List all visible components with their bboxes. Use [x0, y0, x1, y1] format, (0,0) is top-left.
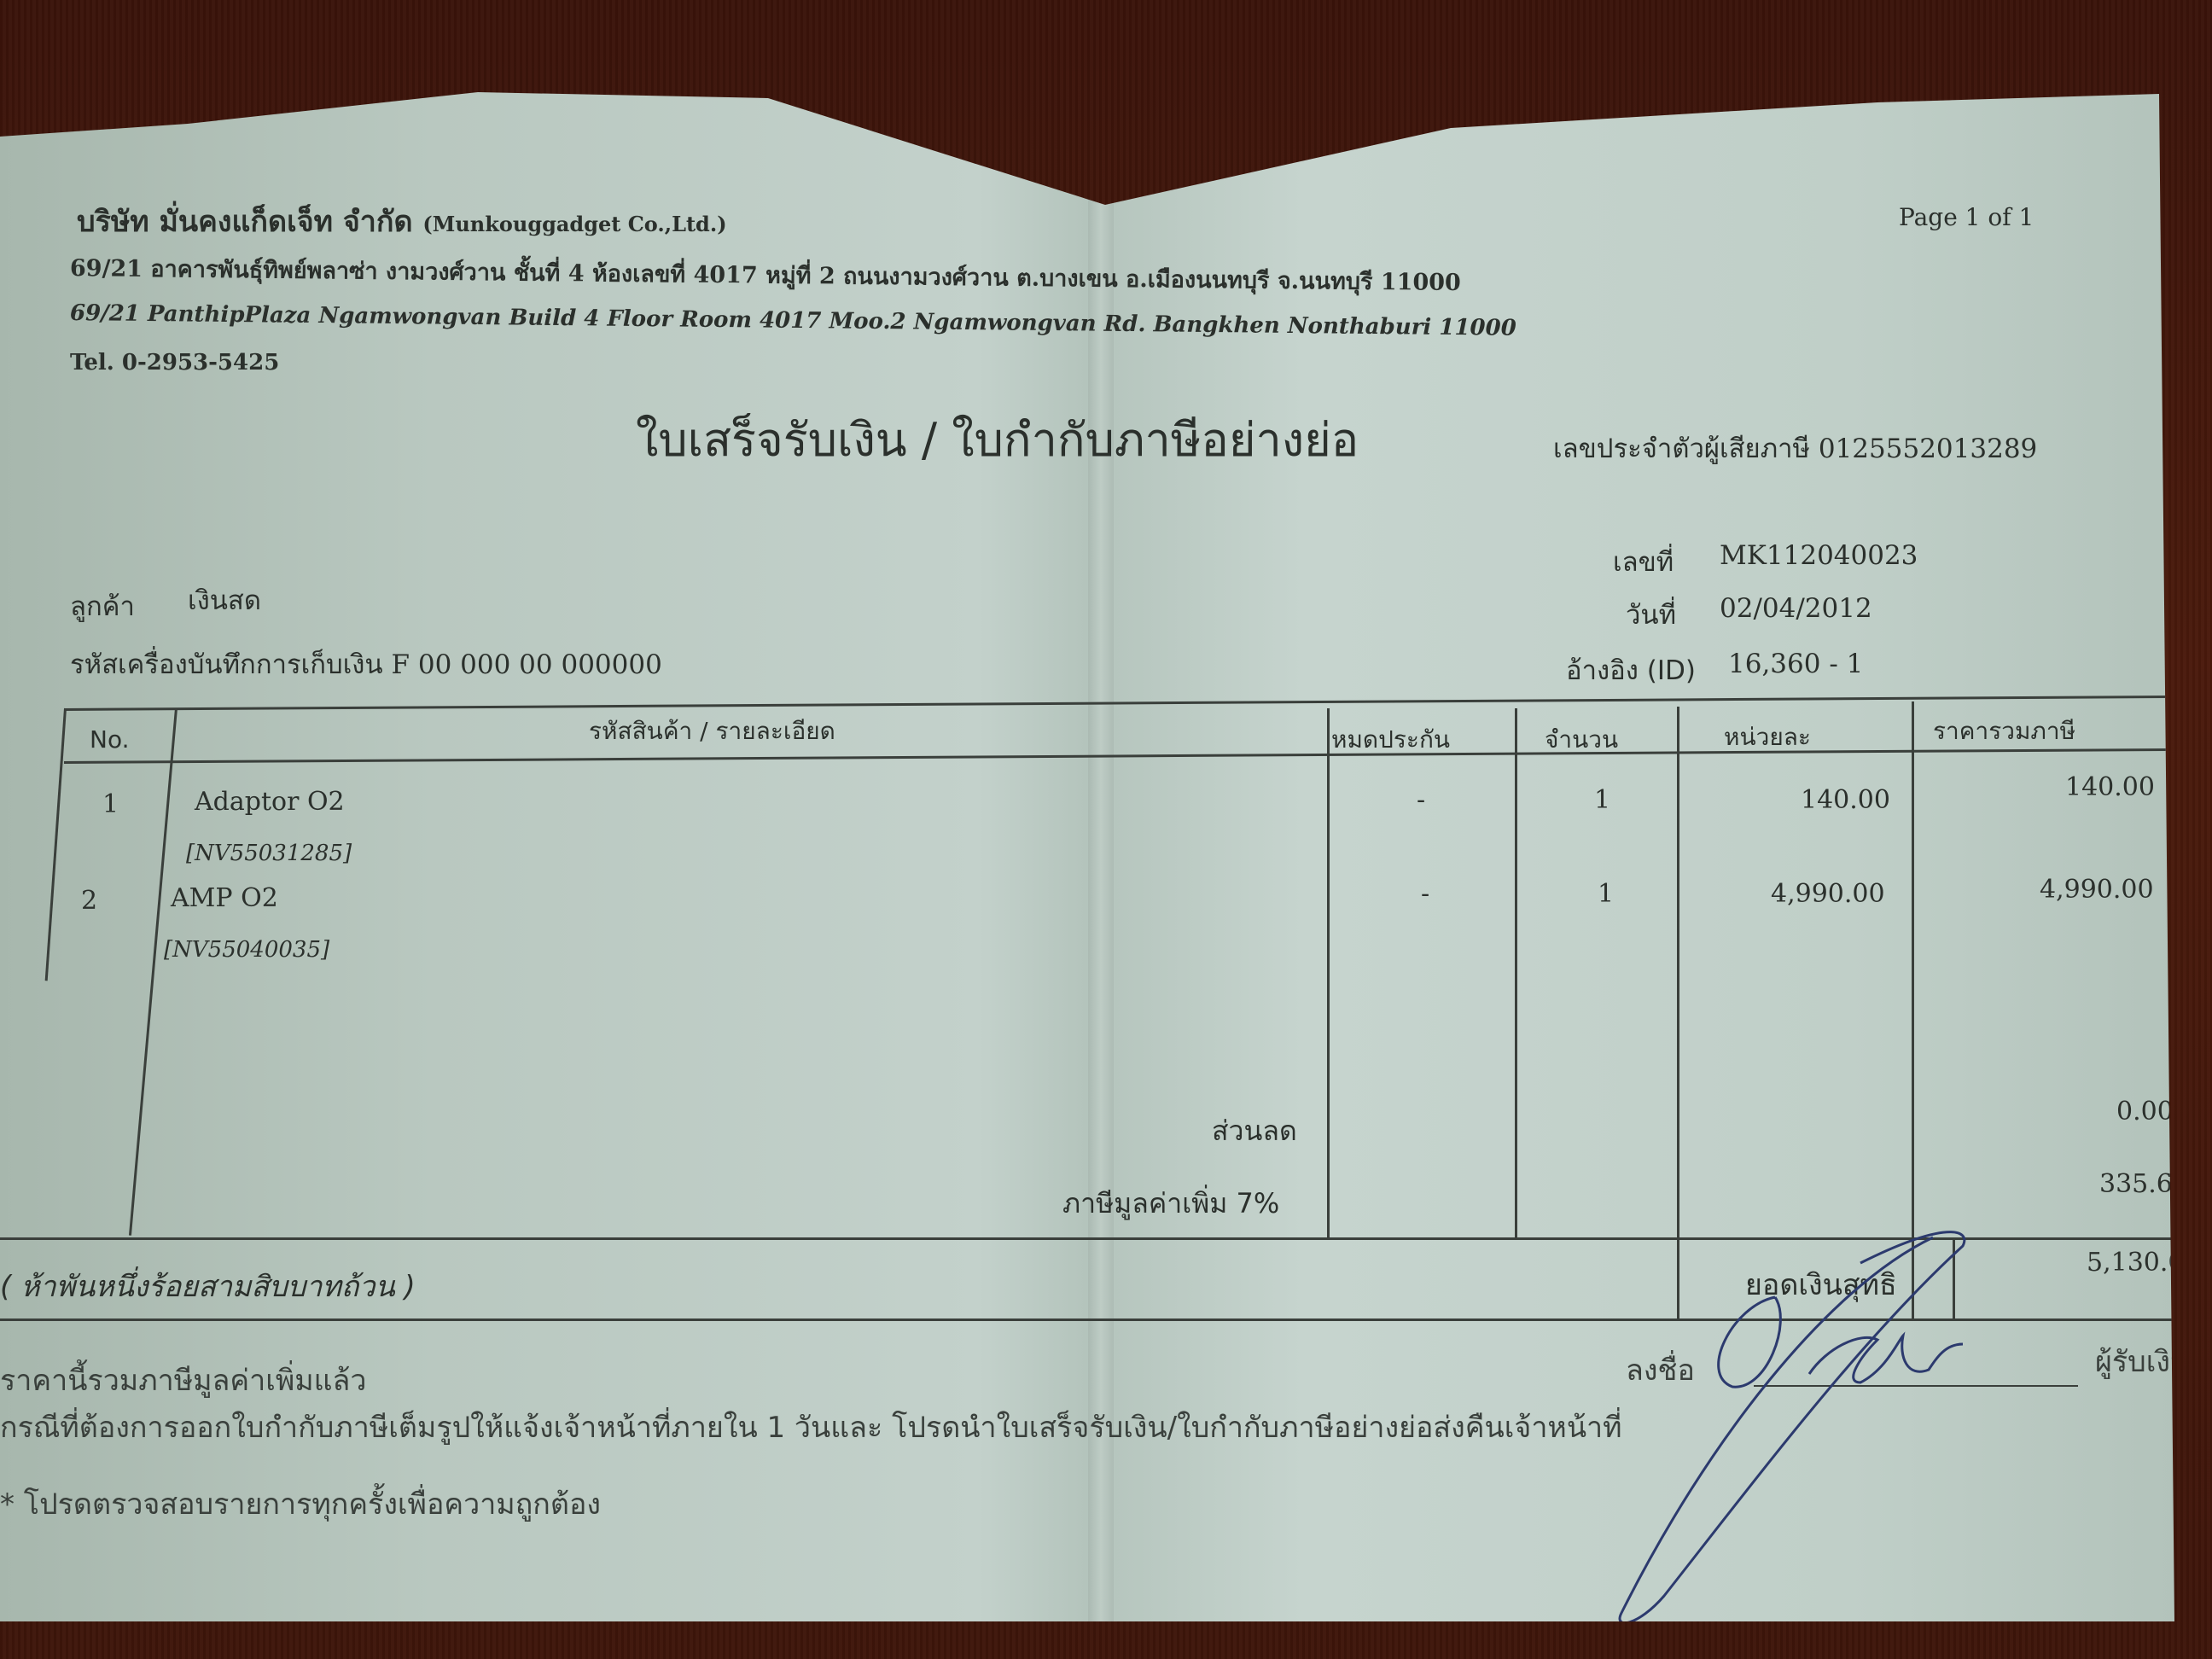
- receipt-paper: บริษัท มั่นคงแก็ดเจ็ท จำกัด (Munkouggadg…: [0, 85, 2174, 1621]
- row-unit-price: 140.00: [1801, 785, 1890, 815]
- table-header-border: [64, 748, 2168, 764]
- tax-id: เลขประจำตัวผู้เสียภาษี 0125552013289: [1553, 427, 2037, 469]
- row-code: [NV55040035]: [164, 937, 329, 963]
- customer-label: ลูกค้า: [70, 585, 135, 627]
- row-warranty: -: [1417, 785, 1425, 815]
- company-tel: Tel. 0-2953-5425: [70, 350, 279, 375]
- discount-label: ส่วนลด: [1212, 1109, 1297, 1153]
- amount-in-words: ( ห้าพันหนึ่งร้อยสามสิบบาทถ้วน ): [0, 1263, 416, 1309]
- table-top-border: [64, 696, 2168, 711]
- header-unit-price: หน่วยละ: [1724, 719, 1811, 756]
- vat-label: ภาษีมูลค่าเพิ่ม 7%: [1062, 1182, 1279, 1225]
- full-invoice-note: กรณีที่ต้องการออกใบกำกับภาษีเต็มรูปให้แจ…: [0, 1404, 1622, 1450]
- signature-scribble: [1604, 1186, 2082, 1630]
- discount-value: 0.00: [2116, 1097, 2174, 1126]
- header-qty: จำนวน: [1545, 721, 1618, 759]
- header-total: ราคารวมภาษี: [1933, 713, 2075, 750]
- company-name-th: บริษัท มั่นคงแก็ดเจ็ท จำกัด: [77, 205, 413, 239]
- row-no: 1: [102, 789, 119, 819]
- company-name-en: (Munkouggadget Co.,Ltd.): [422, 212, 726, 236]
- company-address-en: 69/21 PanthipPlaza Ngamwongvan Build 4 F…: [70, 300, 1516, 341]
- row-unit-price: 4,990.00: [1771, 879, 1885, 909]
- check-items-note: * โปรดตรวจสอบรายการทุกครั้งเพื่อความถูกต…: [0, 1481, 601, 1527]
- pos-id: รหัสเครื่องบันทึกการเก็บเงิน F 00 000 00…: [70, 643, 662, 685]
- tax-id-label: เลขประจำตัวผู้เสียภาษี: [1553, 434, 1810, 464]
- doc-number: MK112040023: [1720, 540, 1918, 571]
- doc-date: 02/04/2012: [1720, 593, 1872, 624]
- row-no: 2: [81, 886, 97, 916]
- row-name: Adaptor O2: [195, 787, 345, 817]
- header-warranty: หมดประกัน: [1331, 721, 1450, 759]
- vat-included-note: ราคานี้รวมภาษีมูลค่าเพิ่มแล้ว: [0, 1357, 366, 1403]
- customer-value: เงินสด: [188, 579, 261, 621]
- row-total: 4,990.00: [2040, 875, 2154, 905]
- row-code: [NV55031285]: [186, 841, 352, 866]
- company-name: บริษัท มั่นคงแก็ดเจ็ท จำกัด (Munkouggadg…: [77, 198, 727, 244]
- tax-id-value: 0125552013289: [1819, 434, 2037, 464]
- row-name: AMP O2: [171, 883, 278, 913]
- doc-ref: 16,360 - 1: [1728, 649, 1863, 679]
- pos-id-label: รหัสเครื่องบันทึกการเก็บเงิน: [70, 649, 383, 680]
- doc-number-label: เลขที่: [1613, 540, 1674, 583]
- row-warranty: -: [1421, 879, 1429, 909]
- company-address-th: 69/21 อาคารพันธุ์ทิพย์พลาซ่า งามวงศ์วาน …: [70, 249, 1461, 300]
- header-no: No.: [90, 725, 129, 754]
- pos-id-value: F 00 000 00 000000: [391, 649, 661, 680]
- col-divider: [45, 708, 67, 981]
- col-divider: [1515, 708, 1517, 1237]
- row-qty: 1: [1598, 879, 1614, 909]
- col-divider: [129, 708, 178, 1236]
- page-indicator: Page 1 of 1: [1899, 203, 2034, 231]
- col-divider: [1327, 708, 1330, 1237]
- document-title: ใบเสร็จรับเงิน / ใบกำกับภาษีอย่างย่อ: [636, 403, 1359, 476]
- doc-date-label: วันที่: [1626, 593, 1676, 636]
- row-qty: 1: [1594, 785, 1610, 815]
- doc-ref-label: อ้างอิง (ID): [1566, 649, 1696, 691]
- header-description: รหัสสินค้า / รายละเอียด: [589, 713, 835, 750]
- row-total: 140.00: [2065, 772, 2155, 802]
